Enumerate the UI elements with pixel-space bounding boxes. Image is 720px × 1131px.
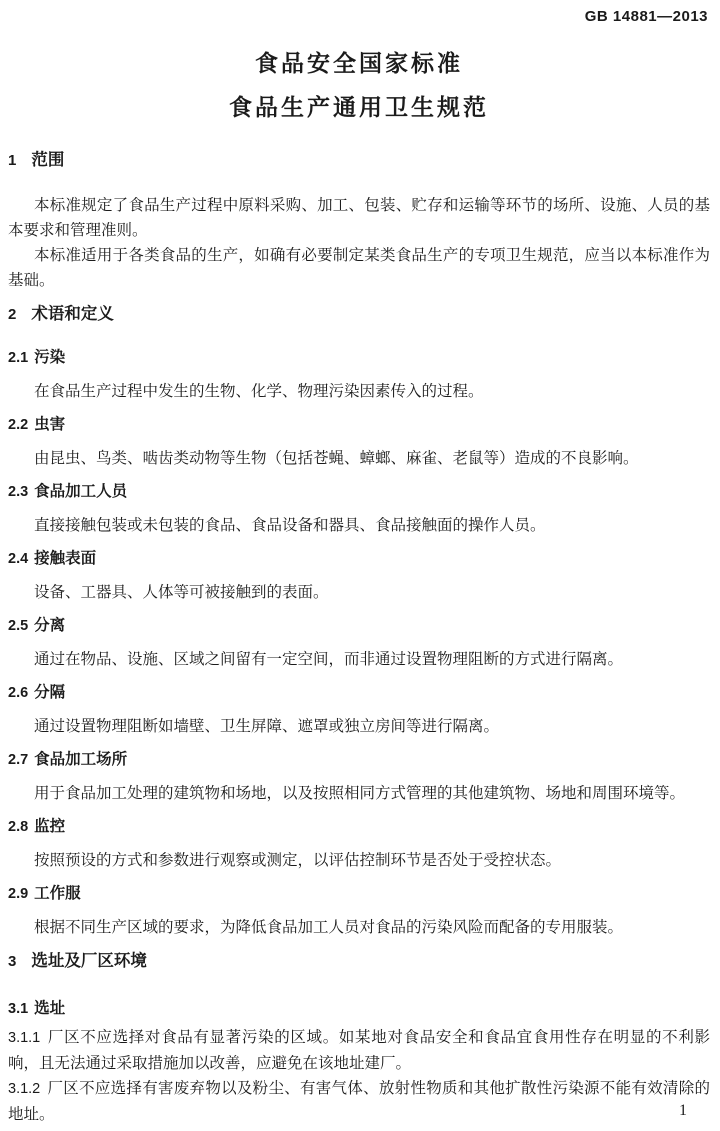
document-page: GB 14881—2013 食品安全国家标准 食品生产通用卫生规范 1范围 本标…: [0, 0, 720, 1131]
page-number: 1: [679, 1101, 687, 1121]
clause-text: 厂区不应选择对食品有显著污染的区域。如某地对食品安全和食品宜食用性存在明显的不利…: [8, 1029, 710, 1072]
subsection-title: 食品加工场所: [34, 751, 127, 768]
section-2-heading: 2术语和定义: [8, 301, 710, 328]
subsection-2-8-heading: 2.8监控: [8, 814, 710, 840]
clause-number: 3.1.1: [8, 1030, 40, 1046]
standard-code: GB 14881—2013: [585, 8, 708, 26]
paragraph: 本标准适用于各类食品的生产，如确有必要制定某类食品生产的专项卫生规范，应当以本标…: [8, 243, 710, 293]
subsection-title: 分隔: [34, 684, 65, 701]
definition-text: 直接接触包装或未包装的食品、食品设备和器具、食品接触面的操作人员。: [8, 513, 710, 538]
subsection-number: 2.2: [8, 413, 28, 438]
subsection-number: 2.3: [8, 480, 28, 505]
subsection-2-5-heading: 2.5分离: [8, 613, 710, 639]
subsection-2-1-heading: 2.1污染: [8, 345, 710, 371]
subsection-2-3-heading: 2.3食品加工人员: [8, 479, 710, 505]
subsection-2-4-heading: 2.4接触表面: [8, 546, 710, 572]
subsection-number: 2.7: [8, 748, 28, 773]
numbered-clause: 3.1.1厂区不应选择对食品有显著污染的区域。如某地对食品安全和食品宜食用性存在…: [8, 1025, 710, 1076]
subsection-title: 监控: [34, 818, 65, 835]
definition-text: 按照预设的方式和参数进行观察或测定，以评估控制环节是否处于受控状态。: [8, 848, 710, 873]
section-number: 2: [8, 302, 16, 328]
subsection-title: 选址: [34, 1000, 65, 1017]
definition-text: 通过设置物理阻断如墙壁、卫生屏障、遮罩或独立房间等进行隔离。: [8, 714, 710, 739]
subsection-2-9-heading: 2.9工作服: [8, 881, 710, 907]
definition-text: 用于食品加工处理的建筑物和场地，以及按照相同方式管理的其他建筑物、场地和周围环境…: [8, 781, 710, 806]
definition-text: 设备、工器具、人体等可被接触到的表面。: [8, 580, 710, 605]
subsection-3-1-heading: 3.1选址: [8, 996, 710, 1022]
subsection-title: 食品加工人员: [34, 483, 127, 500]
subsection-number: 3.1: [8, 997, 28, 1022]
section-number: 1: [8, 148, 16, 174]
subsection-title: 分离: [34, 617, 65, 634]
definition-text: 根据不同生产区域的要求，为降低食品加工人员对食品的污染风险而配备的专用服装。: [8, 915, 710, 940]
section-1-heading: 1范围: [8, 147, 710, 174]
section-title: 术语和定义: [31, 305, 114, 323]
doc-title-line1: 食品安全国家标准: [8, 48, 710, 78]
subsection-number: 2.5: [8, 614, 28, 639]
subsection-number: 2.9: [8, 882, 28, 907]
subsection-title: 接触表面: [34, 550, 96, 567]
definition-text: 在食品生产过程中发生的生物、化学、物理污染因素传入的过程。: [8, 379, 710, 404]
clause-text: 厂区不应选择有害废弃物以及粉尘、有害气体、放射性物质和其他扩散性污染源不能有效清…: [8, 1080, 710, 1123]
subsection-number: 2.8: [8, 815, 28, 840]
section-title: 选址及厂区环境: [31, 952, 147, 970]
section-title: 范围: [31, 151, 64, 169]
paragraph: 本标准规定了食品生产过程中原料采购、加工、包装、贮存和运输等环节的场所、设施、人…: [8, 193, 710, 243]
numbered-clause: 3.1.2厂区不应选择有害废弃物以及粉尘、有害气体、放射性物质和其他扩散性污染源…: [8, 1076, 710, 1127]
subsection-2-7-heading: 2.7食品加工场所: [8, 747, 710, 773]
definition-text: 由昆虫、鸟类、啮齿类动物等生物（包括苍蝇、蟑螂、麻雀、老鼠等）造成的不良影响。: [8, 446, 710, 471]
doc-title-line2: 食品生产通用卫生规范: [8, 92, 710, 122]
subsection-2-2-heading: 2.2虫害: [8, 412, 710, 438]
clause-number: 3.1.2: [8, 1081, 40, 1097]
subsection-number: 2.4: [8, 547, 28, 572]
subsection-number: 2.1: [8, 346, 28, 371]
section-3-heading: 3选址及厂区环境: [8, 948, 710, 975]
definition-text: 通过在物品、设施、区域之间留有一定空间，而非通过设置物理阻断的方式进行隔离。: [8, 647, 710, 672]
subsection-2-6-heading: 2.6分隔: [8, 680, 710, 706]
subsection-title: 虫害: [34, 416, 65, 433]
section-number: 3: [8, 949, 16, 975]
subsection-number: 2.6: [8, 681, 28, 706]
subsection-title: 污染: [34, 349, 65, 366]
subsection-title: 工作服: [34, 885, 81, 902]
